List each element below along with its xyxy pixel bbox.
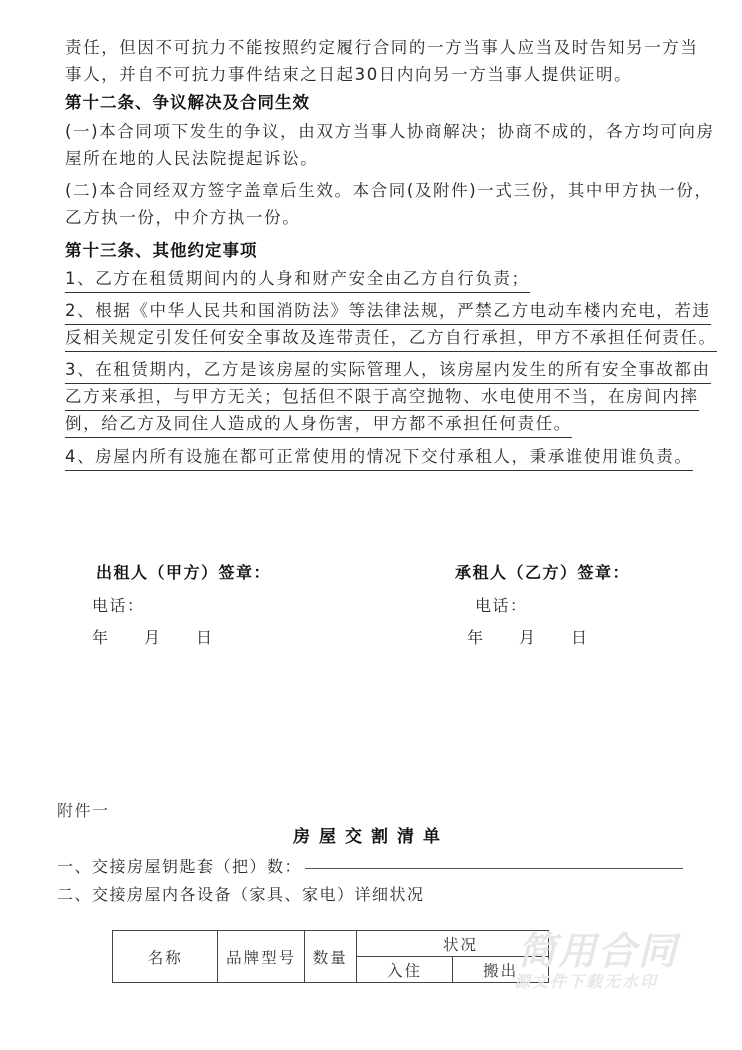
paragraph-force-majeure-line2: 事人，并自不可抗力事件结束之日起30日内向另一方当事人提供证明。 — [65, 64, 632, 86]
article-12-item2-line2: 乙方执一份，中介方执一份。 — [65, 207, 300, 229]
article-13-heading: 第十三条、其他约定事项 — [65, 240, 258, 262]
keys-count-label: 一、交接房屋钥匙套（把）数： — [57, 854, 302, 877]
handover-table: 名称 品牌型号 数量 状况 入住 搬出 — [112, 930, 549, 983]
lessor-phone-label: 电话： — [92, 593, 145, 616]
header-name: 名称 — [113, 931, 218, 983]
lessor-signature-label: 出租人（甲方）签章： — [96, 560, 271, 583]
paragraph-force-majeure-line1: 责任，但因不可抗力不能按照约定履行合同的一方当事人应当及时告知另一方当 — [65, 37, 699, 59]
article-13-item2-line1: 2、根据《中华人民共和国消防法》等法律法规，严禁乙方电动车楼内充电，若违 — [65, 300, 711, 325]
article-13-item2-line2: 反相关规定引发任何安全事故及连带责任，乙方自行承担，甲方不承担任何责任。 — [65, 327, 717, 352]
lessee-phone-label: 电话： — [475, 593, 528, 616]
header-brand-model: 品牌型号 — [218, 931, 305, 983]
attachment-label: 附件一 — [57, 798, 110, 821]
article-13-item3-line2: 乙方来承担，与甲方无关；包括但不限于高空抛物、水电使用不当，在房间内摔 — [65, 386, 699, 411]
header-move-in: 入住 — [356, 957, 453, 983]
article-12-item1-line1: (一)本合同项下发生的争议，由双方当事人协商解决；协商不成的，各方均可向房 — [65, 121, 715, 143]
lessor-date-year: 年 — [92, 625, 110, 648]
header-status: 状况 — [356, 931, 548, 957]
article-12-item1-line2: 屋所在地的人民法院提起诉讼。 — [65, 148, 318, 170]
keys-count-blank — [305, 868, 683, 869]
article-13-item4: 4、房屋内所有设施在都可正常使用的情况下交付承租人，秉承谁使用谁负责。 — [65, 446, 693, 471]
equipment-status-label: 二、交接房屋内各设备（家具、家电）详细状况 — [57, 882, 425, 905]
attachment-title: 房屋交割清单 — [0, 822, 742, 847]
lessee-signature-label: 承租人（乙方）签章： — [455, 560, 630, 583]
lessee-date-day: 日 — [571, 625, 589, 648]
article-13-item3-line1: 3、在租赁期内，乙方是该房屋的实际管理人，该房屋内发生的所有安全事故都由 — [65, 359, 711, 384]
article-12-item2-line1: (二)本合同经双方签字盖章后生效。本合同(及附件)一式三份，其中甲方执一份， — [65, 180, 713, 202]
article-13-item3-line3: 倒，给乙方及同住人造成的人身伤害，甲方都不承担任何责任。 — [65, 413, 572, 438]
article-12-heading: 第十二条、争议解决及合同生效 — [65, 92, 310, 114]
lessee-date-month: 月 — [519, 625, 537, 648]
article-13-item1: 1、乙方在租赁期间内的人身和财产安全由乙方自行负责； — [65, 268, 530, 293]
header-quantity: 数量 — [304, 931, 356, 983]
lessor-date-month: 月 — [144, 625, 162, 648]
header-move-out: 搬出 — [453, 957, 549, 983]
lessee-date-year: 年 — [467, 625, 485, 648]
lessor-date-day: 日 — [196, 625, 214, 648]
